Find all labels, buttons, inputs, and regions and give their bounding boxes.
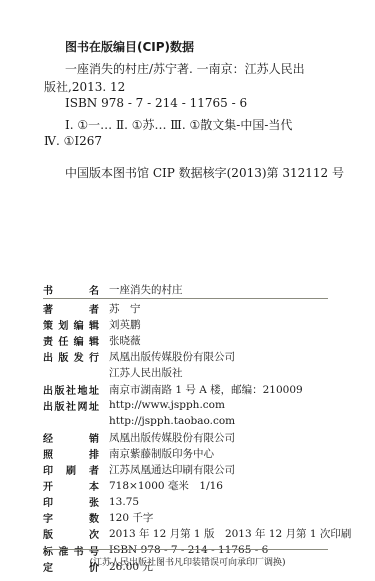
colophon-row: 字数120 千字: [43, 509, 153, 526]
colophon-row: 开本718×1000 毫米 1/16: [43, 477, 223, 494]
label-char: 版: [55, 382, 65, 397]
colophon-value: 江苏人民出版社: [109, 365, 183, 380]
label-char: 社: [66, 398, 76, 413]
label-char: 址: [89, 382, 99, 397]
divider: [43, 298, 328, 299]
colophon-row: 出版社地址南京市湖南路 1 号 A 楼，邮编：210009: [43, 381, 303, 398]
colophon-label: 字数: [43, 510, 99, 525]
label-char: 辑: [89, 333, 99, 348]
label-char: 出: [43, 382, 53, 397]
label-char: 刷: [66, 462, 76, 477]
colophon-value: http://jspph.taobao.com: [109, 415, 235, 427]
colophon-value: 凤凰出版传媒股份有限公司: [109, 430, 235, 445]
colophon-row: http://jspph.taobao.com: [43, 413, 235, 430]
colophon-row: 书名一座消失的村庄: [43, 281, 183, 298]
colophon-label: 书名: [43, 282, 99, 297]
colophon-value: http://www.jspph.com: [109, 399, 225, 411]
colophon-row: 著者苏 宁: [43, 300, 141, 317]
label-char: 印: [43, 462, 53, 477]
colophon-label: 出版社网址: [43, 398, 99, 413]
cip-classification-1: Ⅰ. ①一… Ⅱ. ①苏… Ⅲ. ①散文集-中国-当代: [65, 116, 292, 133]
label-char: 字: [43, 510, 53, 525]
colophon-value: 南京市湖南路 1 号 A 楼，邮编：210009: [109, 382, 303, 397]
colophon-row: 经销凤凰出版传媒股份有限公司: [43, 429, 235, 446]
colophon-note: (江苏人民出版社图书凡印装错误可向承印厂调换): [0, 555, 375, 568]
colophon-row: 出版社网址http://www.jspph.com: [43, 397, 225, 414]
label-char: 名: [89, 282, 99, 297]
label-char: 策: [43, 317, 53, 332]
label-char: 任: [58, 333, 68, 348]
colophon-label: 版次: [43, 526, 99, 541]
colophon-label: 著者: [43, 301, 99, 316]
label-char: 网: [78, 398, 88, 413]
colophon-row: 照排南京紫藤制版印务中心: [43, 445, 214, 462]
label-char: 行: [89, 349, 99, 364]
colophon-row: 印刷者江苏凤凰通达印刷有限公司: [43, 461, 235, 478]
colophon-value: 13.75: [109, 496, 139, 508]
colophon-row: 版次2013 年 12 月第 1 版 2013 年 12 月第 1 次印刷: [43, 525, 351, 542]
label-char: 版: [55, 398, 65, 413]
label-char: 书: [43, 282, 53, 297]
colophon-value: 刘英鹏: [109, 317, 141, 332]
label-char: 发: [74, 349, 84, 364]
label-char: 销: [89, 430, 99, 445]
colophon-value: 凤凰出版传媒股份有限公司: [109, 349, 235, 364]
colophon-label: 经销: [43, 430, 99, 445]
colophon-label: 开本: [43, 478, 99, 493]
colophon-row: 出版发行凤凰出版传媒股份有限公司: [43, 348, 235, 365]
colophon-value: 718×1000 毫米 1/16: [109, 478, 223, 493]
colophon-row: 责任编辑张晓薇: [43, 332, 141, 349]
cip-number: 中国版本图书馆 CIP 数据核字(2013)第 312112 号: [65, 164, 344, 181]
colophon-row: 印张13.75: [43, 493, 139, 510]
colophon-value: 南京紫藤制版印务中心: [109, 446, 214, 461]
colophon-value: 一座消失的村庄: [109, 282, 183, 297]
cip-line-1: 一座消失的村庄/苏宁著. 一南京：江苏人民出: [65, 60, 305, 77]
label-char: 址: [89, 398, 99, 413]
colophon-label: 出版社地址: [43, 382, 99, 397]
label-char: 辑: [89, 317, 99, 332]
label-char: 次: [89, 526, 99, 541]
label-char: 出: [43, 349, 53, 364]
label-char: 印: [43, 494, 53, 509]
label-char: 数: [89, 510, 99, 525]
colophon-label: 责任编辑: [43, 333, 99, 348]
label-char: 编: [74, 333, 84, 348]
colophon-row: 江苏人民出版社: [43, 364, 183, 381]
label-char: 版: [43, 526, 53, 541]
colophon-value: 120 千字: [109, 510, 153, 525]
label-char: 编: [74, 317, 84, 332]
label-char: 划: [58, 317, 68, 332]
colophon-label: 策划编辑: [43, 317, 99, 332]
label-char: 开: [43, 478, 53, 493]
colophon-label: 印张: [43, 494, 99, 509]
colophon-value: 江苏凤凰通达印刷有限公司: [109, 462, 235, 477]
label-char: 本: [89, 478, 99, 493]
cip-title: 图书在版编目(CIP)数据: [65, 38, 194, 55]
colophon-value: 苏 宁: [109, 301, 141, 316]
cip-line-2: 版社,2013. 12: [44, 78, 125, 95]
label-char: 照: [43, 446, 53, 461]
label-char: 版: [58, 349, 68, 364]
colophon-value: 2013 年 12 月第 1 版 2013 年 12 月第 1 次印刷: [109, 526, 351, 541]
colophon-label: 照排: [43, 446, 99, 461]
colophon-label: 印刷者: [43, 462, 99, 477]
label-char: 经: [43, 430, 53, 445]
label-char: 者: [89, 301, 99, 316]
label-char: 地: [78, 382, 88, 397]
colophon-row: 策划编辑刘英鹏: [43, 316, 141, 333]
colophon-label: 出版发行: [43, 349, 99, 364]
label-char: 著: [43, 301, 53, 316]
label-char: 张: [89, 494, 99, 509]
colophon-value: 张晓薇: [109, 333, 141, 348]
label-char: 出: [43, 398, 53, 413]
label-char: 责: [43, 333, 53, 348]
cip-classification-2: Ⅳ. ①I267: [44, 134, 102, 148]
divider: [43, 549, 328, 550]
label-char: 者: [89, 462, 99, 477]
label-char: 社: [66, 382, 76, 397]
cip-isbn: ISBN 978 - 7 - 214 - 11765 - 6: [65, 96, 247, 110]
label-char: 排: [89, 446, 99, 461]
